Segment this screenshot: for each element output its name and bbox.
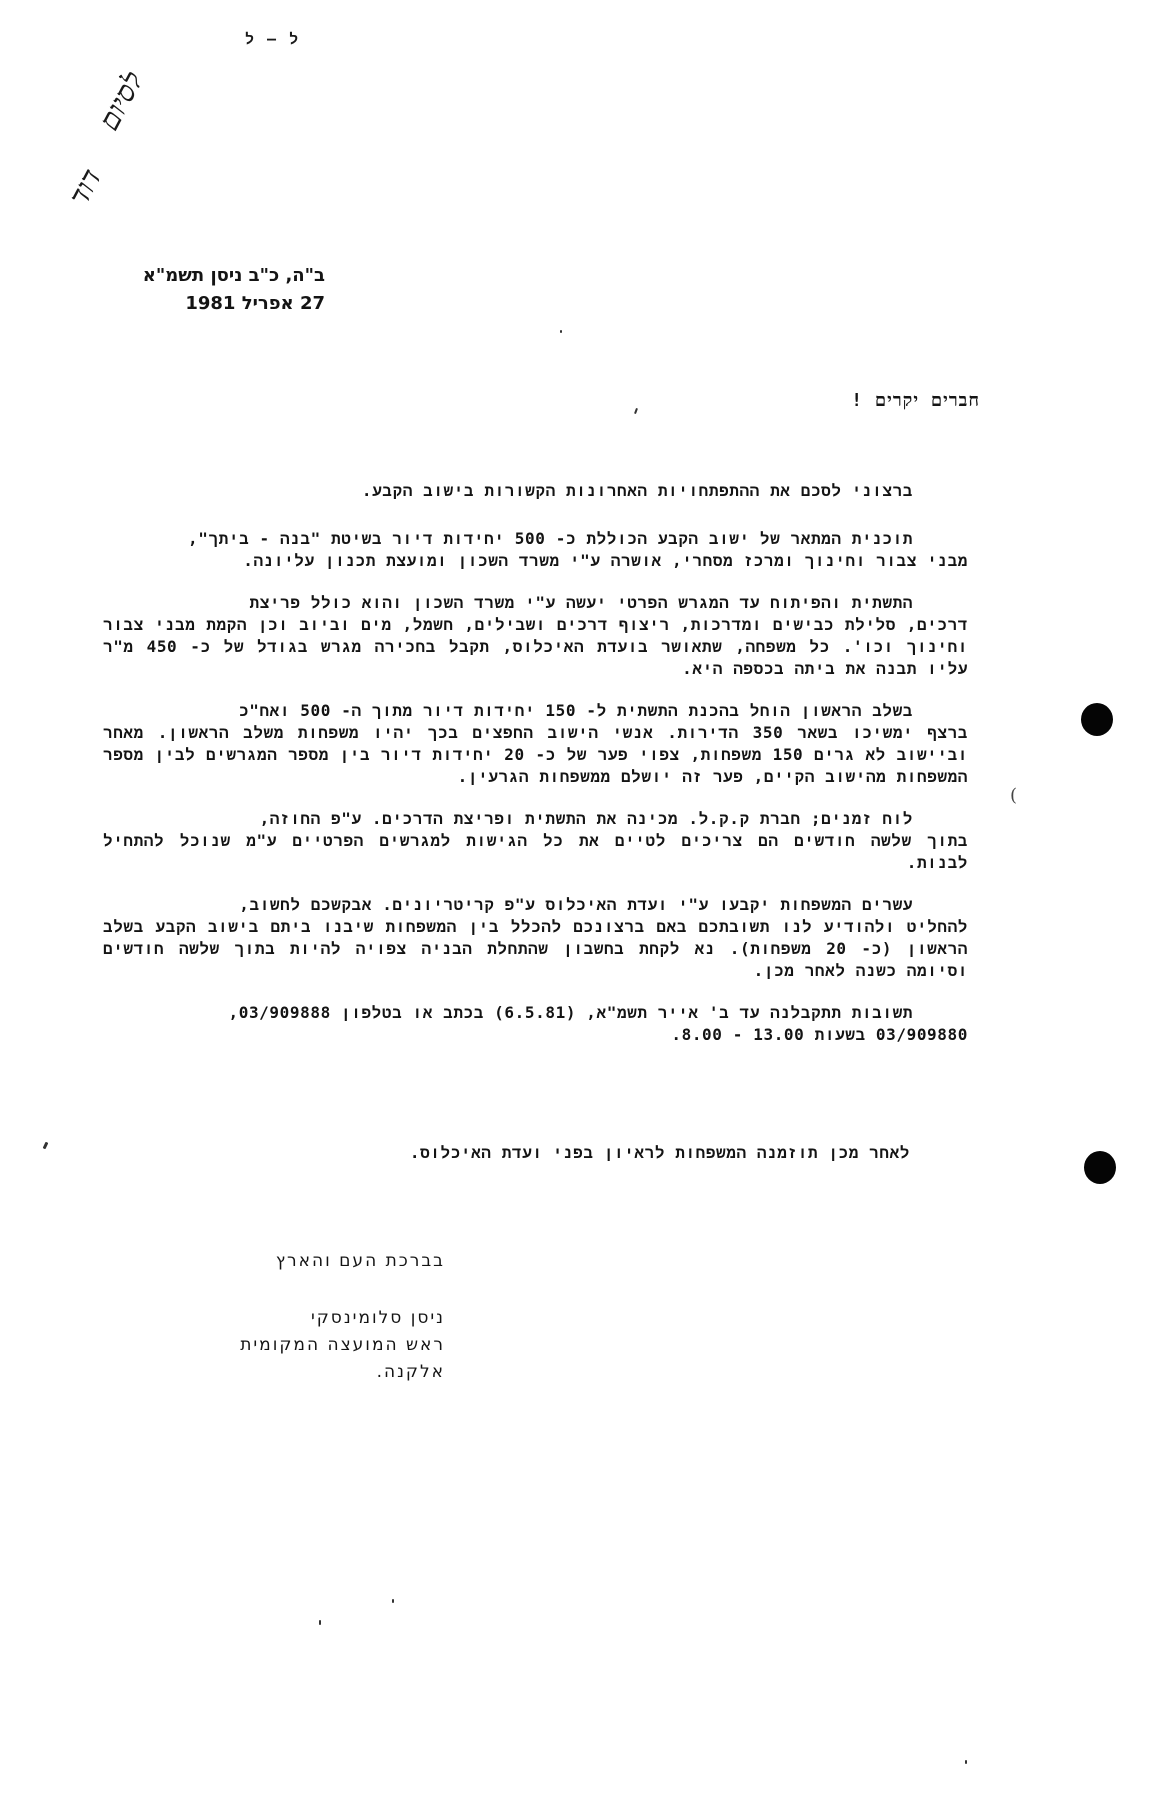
- date-block: ב"ה, כ"ב ניסן תשמ"א 27 אפריל 1981: [65, 262, 325, 318]
- scan-speck: [965, 1760, 967, 1764]
- intro-paragraph: ברצוני לסכם את ההתפתחויות האחרונות הקשור…: [103, 480, 968, 502]
- paragraph-rest: בתוך שלשה חודשים הם צריכים לטיים את כל ה…: [103, 831, 968, 872]
- margin-bracket-mark: (: [1010, 785, 1017, 806]
- paragraph-rest: להחליט ולהודיע לנו תשובתכם באם ברצונכם ל…: [103, 917, 968, 980]
- scan-speck: [43, 1142, 49, 1150]
- paragraph-responses: תשובות תתקבלנה עד ב' אייר תשמ"א, (6.5.81…: [103, 1002, 968, 1046]
- hebrew-date: ב"ה, כ"ב ניסן תשמ"א: [65, 262, 325, 290]
- signer-title: ראש המועצה המקומית: [145, 1332, 445, 1359]
- greeting: חברים יקרים !: [851, 390, 980, 411]
- paragraph-rest: מבני צבור וחינוך ומרכז מסחרי, אושרה ע"י …: [243, 551, 968, 570]
- signer-name: ניסן סלומינסקי: [145, 1305, 445, 1332]
- paragraph-first-stage: בשלב הראשון הוחל בהכנת התשתית ל- 150 יחי…: [103, 700, 968, 788]
- paragraph-first-line: תשובות תתקבלנה עד ב' אייר תשמ"א, (6.5.81…: [103, 1002, 968, 1024]
- paragraph-first-line: תוכנית המתאר של ישוב הקבע הכוללת כ- 500 …: [103, 528, 968, 550]
- letter-body: ברצוני לסכם את ההתפתחויות האחרונות הקשור…: [103, 480, 968, 1066]
- paragraph-rest: דרכים, סלילת כבישים ומדרכות, ריצוף דרכים…: [103, 615, 968, 678]
- paragraph-first-line: בשלב הראשון הוחל בהכנת התשתית ל- 150 יחי…: [103, 700, 968, 722]
- closing-blessing: בברכת העם והארץ: [145, 1248, 445, 1275]
- scanned-letter-page: ﬥ — ﬥ לסיום דוד ב"ה, כ"ב ניסן תשמ"א 27 א…: [0, 0, 1155, 1800]
- closing-line: לאחר מכן תוזמנה המשפחות לראיון בפני ועדת…: [410, 1143, 910, 1163]
- gregorian-date: 27 אפריל 1981: [65, 290, 325, 318]
- paragraph-master-plan: תוכנית המתאר של ישוב הקבע הכוללת כ- 500 …: [103, 528, 968, 572]
- scan-speck: [392, 1599, 394, 1603]
- paragraph-timeline: לוח זמנים; חברת ק.ק.ל. מכינה את התשתית ו…: [103, 808, 968, 874]
- handwritten-note: דוד: [62, 163, 109, 211]
- paragraph-first-line: עשרים המשפחות יקבעו ע"י ועדת האיכלוס ע"פ…: [103, 894, 968, 916]
- handwritten-note: לסיום: [92, 66, 151, 136]
- scan-speck: [634, 408, 638, 414]
- signer-place: אלקנה.: [145, 1359, 445, 1386]
- paragraph-rest: ברצף ימשיכו בשאר 350 הדירות. אנשי הישוב …: [103, 723, 968, 786]
- punch-hole-mark: [1084, 1151, 1116, 1184]
- paragraph-families: עשרים המשפחות יקבעו ע"י ועדת האיכלוס ע"פ…: [103, 894, 968, 982]
- signature-block: בברכת העם והארץ ניסן סלומינסקי ראש המועצ…: [145, 1248, 445, 1386]
- paragraph-first-line: התשתית והפיתוח עד המגרש הפרטי יעשה ע"י מ…: [103, 592, 968, 614]
- paragraph-rest: 03/909880 בשעות 13.00 - 8.00.: [671, 1025, 968, 1044]
- paragraph-infrastructure: התשתית והפיתוח עד המגרש הפרטי יעשה ע"י מ…: [103, 592, 968, 680]
- scan-speck: [319, 1620, 321, 1625]
- paragraph-first-line: לוח זמנים; חברת ק.ק.ל. מכינה את התשתית ו…: [103, 808, 968, 830]
- letterhead-mark: ﬥ — ﬥ: [245, 30, 300, 49]
- scan-speck: [560, 330, 562, 333]
- punch-hole-mark: [1081, 703, 1113, 736]
